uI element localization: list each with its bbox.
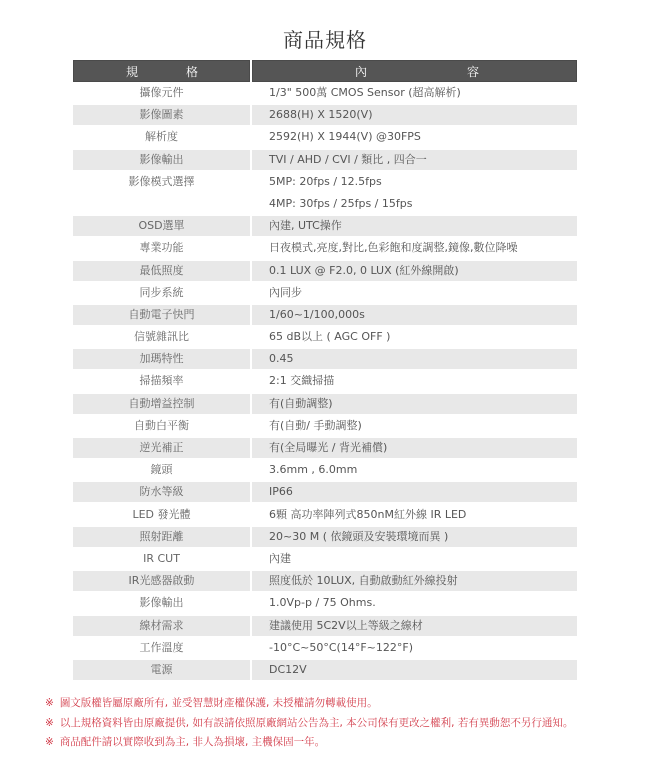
spec-label: 最低照度 (73, 261, 250, 281)
spec-value: -10°C~50°C(14°F~122°F) (252, 637, 577, 659)
header-spec-char-2: 格 (186, 61, 198, 83)
table-row: IR CUT內建 (73, 548, 577, 570)
table-row: 攝像元件1/3" 500萬 CMOS Sensor (超高解析) (73, 82, 577, 104)
spec-label: 專業功能 (73, 237, 250, 259)
table-row: OSD選單內建, UTC操作 (73, 215, 577, 237)
table-row: 專業功能日夜模式,亮度,對比,色彩飽和度調整,鏡像,數位降噪 (73, 237, 577, 259)
spec-label: IR CUT (73, 548, 250, 570)
spec-label: 照射距離 (73, 527, 250, 547)
asterisk-icon: ※ (45, 717, 54, 729)
table-row: 照射距離20~30 M ( 依鏡頭及安裝環境而異 ) (73, 526, 577, 548)
spec-value: 有(全局曝光 / 背光補償) (252, 438, 577, 458)
note-item: ※圖文版權皆屬原廠所有, 並受智慧財產權保護, 未授權請勿轉載使用。 (45, 694, 573, 714)
table-row: LED 發光體6顆 高功率陣列式850nM紅外線 IR LED (73, 504, 577, 526)
note-item: ※以上規格資料皆由原廠提供, 如有誤請依照原廠網站公告為主, 本公司保有更改之權… (45, 714, 573, 734)
spec-value: 65 dB以上 ( AGC OFF ) (252, 326, 577, 348)
spec-label: 解析度 (73, 126, 250, 148)
spec-value: 5MP: 20fps / 12.5fps 4MP: 30fps / 25fps … (252, 171, 577, 215)
spec-label: 影像圖素 (73, 105, 250, 125)
spec-value: 0.45 (252, 349, 577, 369)
table-row: 自動白平衡有(自動/ 手動調整) (73, 415, 577, 437)
spec-value: 2592(H) X 1944(V) @30FPS (252, 126, 577, 148)
table-header: 規 格 內 容 (73, 60, 577, 82)
spec-label: 影像輸出 (73, 592, 250, 614)
spec-value: 照度低於 10LUX, 自動啟動紅外線投射 (252, 571, 577, 591)
table-row: 最低照度0.1 LUX @ F2.0, 0 LUX (紅外線開啟) (73, 260, 577, 282)
table-row: 線材需求建議使用 5C2V以上等級之線材 (73, 615, 577, 637)
spec-label: 工作溫度 (73, 637, 250, 659)
spec-value: 1/60~1/100,000s (252, 305, 577, 325)
spec-value: 有(自動/ 手動調整) (252, 415, 577, 437)
spec-label: 電源 (73, 660, 250, 680)
header-spec-char-1: 規 (126, 61, 138, 83)
spec-value: 3.6mm , 6.0mm (252, 459, 577, 481)
table-row: 工作溫度-10°C~50°C(14°F~122°F) (73, 637, 577, 659)
header-content-char-2: 容 (467, 61, 479, 83)
spec-label: 自動白平衡 (73, 415, 250, 437)
asterisk-icon: ※ (45, 736, 54, 748)
spec-value: 1/3" 500萬 CMOS Sensor (超高解析) (252, 82, 577, 104)
table-row: 影像輸出1.0Vp-p / 75 Ohms. (73, 592, 577, 614)
table-row: 同步系統內同步 (73, 282, 577, 304)
spec-label: 逆光補正 (73, 438, 250, 458)
spec-table: 規 格 內 容 攝像元件1/3" 500萬 CMOS Sensor (超高解析)… (73, 60, 577, 681)
spec-label: 影像輸出 (73, 150, 250, 170)
spec-label: 影像模式選擇 (73, 171, 250, 215)
spec-label: 線材需求 (73, 616, 250, 636)
table-row: IR光感器啟動照度低於 10LUX, 自動啟動紅外線投射 (73, 570, 577, 592)
asterisk-icon: ※ (45, 697, 54, 709)
spec-value: DC12V (252, 660, 577, 680)
spec-value: 2688(H) X 1520(V) (252, 105, 577, 125)
table-row: 影像圖素2688(H) X 1520(V) (73, 104, 577, 126)
table-row: 影像模式選擇 5MP: 20fps / 12.5fps 4MP: 30fps /… (73, 171, 577, 215)
header-spec: 規 格 (73, 60, 250, 82)
header-content-char-1: 內 (355, 61, 367, 83)
spec-value-line: 5MP: 20fps / 12.5fps (269, 171, 577, 193)
spec-value: 2:1 交織掃描 (252, 370, 577, 392)
spec-label: OSD選單 (73, 216, 250, 236)
spec-value: 建議使用 5C2V以上等級之線材 (252, 616, 577, 636)
page-title: 商品規格 (0, 24, 650, 53)
note-text: 圖文版權皆屬原廠所有, 並受智慧財產權保護, 未授權請勿轉載使用。 (60, 697, 378, 709)
spec-value: 內建, UTC操作 (252, 216, 577, 236)
spec-label: 防水等級 (73, 482, 250, 502)
spec-value: 0.1 LUX @ F2.0, 0 LUX (紅外線開啟) (252, 261, 577, 281)
spec-value-line: 4MP: 30fps / 25fps / 15fps (269, 193, 577, 215)
table-row: 電源DC12V (73, 659, 577, 681)
spec-value: 內同步 (252, 282, 577, 304)
table-row: 信號雜訊比65 dB以上 ( AGC OFF ) (73, 326, 577, 348)
table-row: 加瑪特性0.45 (73, 348, 577, 370)
spec-label: 同步系統 (73, 282, 250, 304)
spec-label: 掃描頻率 (73, 370, 250, 392)
spec-label: 攝像元件 (73, 82, 250, 104)
table-row: 影像輸出TVI / AHD / CVI / 類比 , 四合一 (73, 149, 577, 171)
note-item: ※商品配件請以實際收到為主, 非人為損壞, 主機保固一年。 (45, 733, 573, 753)
spec-label: IR光感器啟動 (73, 571, 250, 591)
table-row: 解析度2592(H) X 1944(V) @30FPS (73, 126, 577, 148)
header-content: 內 容 (252, 60, 577, 82)
table-row: 防水等級IP66 (73, 481, 577, 503)
spec-label: 加瑪特性 (73, 349, 250, 369)
spec-label: LED 發光體 (73, 504, 250, 526)
table-row: 鏡頭3.6mm , 6.0mm (73, 459, 577, 481)
table-row: 自動電子快門1/60~1/100,000s (73, 304, 577, 326)
spec-label: 自動增益控制 (73, 394, 250, 414)
spec-label: 鏡頭 (73, 459, 250, 481)
table-row: 掃描頻率2:1 交織掃描 (73, 370, 577, 392)
notes: ※圖文版權皆屬原廠所有, 並受智慧財產權保護, 未授權請勿轉載使用。 ※以上規格… (45, 694, 573, 753)
note-text: 商品配件請以實際收到為主, 非人為損壞, 主機保固一年。 (60, 736, 325, 748)
spec-value: TVI / AHD / CVI / 類比 , 四合一 (252, 150, 577, 170)
spec-value: 日夜模式,亮度,對比,色彩飽和度調整,鏡像,數位降噪 (252, 237, 577, 259)
table-row: 自動增益控制有(自動調整) (73, 393, 577, 415)
spec-label: 自動電子快門 (73, 305, 250, 325)
spec-label: 信號雜訊比 (73, 326, 250, 348)
table-row: 逆光補正有(全局曝光 / 背光補償) (73, 437, 577, 459)
note-text: 以上規格資料皆由原廠提供, 如有誤請依照原廠網站公告為主, 本公司保有更改之權利… (60, 717, 574, 729)
spec-value: 內建 (252, 548, 577, 570)
spec-value: 6顆 高功率陣列式850nM紅外線 IR LED (252, 504, 577, 526)
spec-value: 20~30 M ( 依鏡頭及安裝環境而異 ) (252, 527, 577, 547)
spec-value: 1.0Vp-p / 75 Ohms. (252, 592, 577, 614)
spec-value: 有(自動調整) (252, 394, 577, 414)
spec-value: IP66 (252, 482, 577, 502)
